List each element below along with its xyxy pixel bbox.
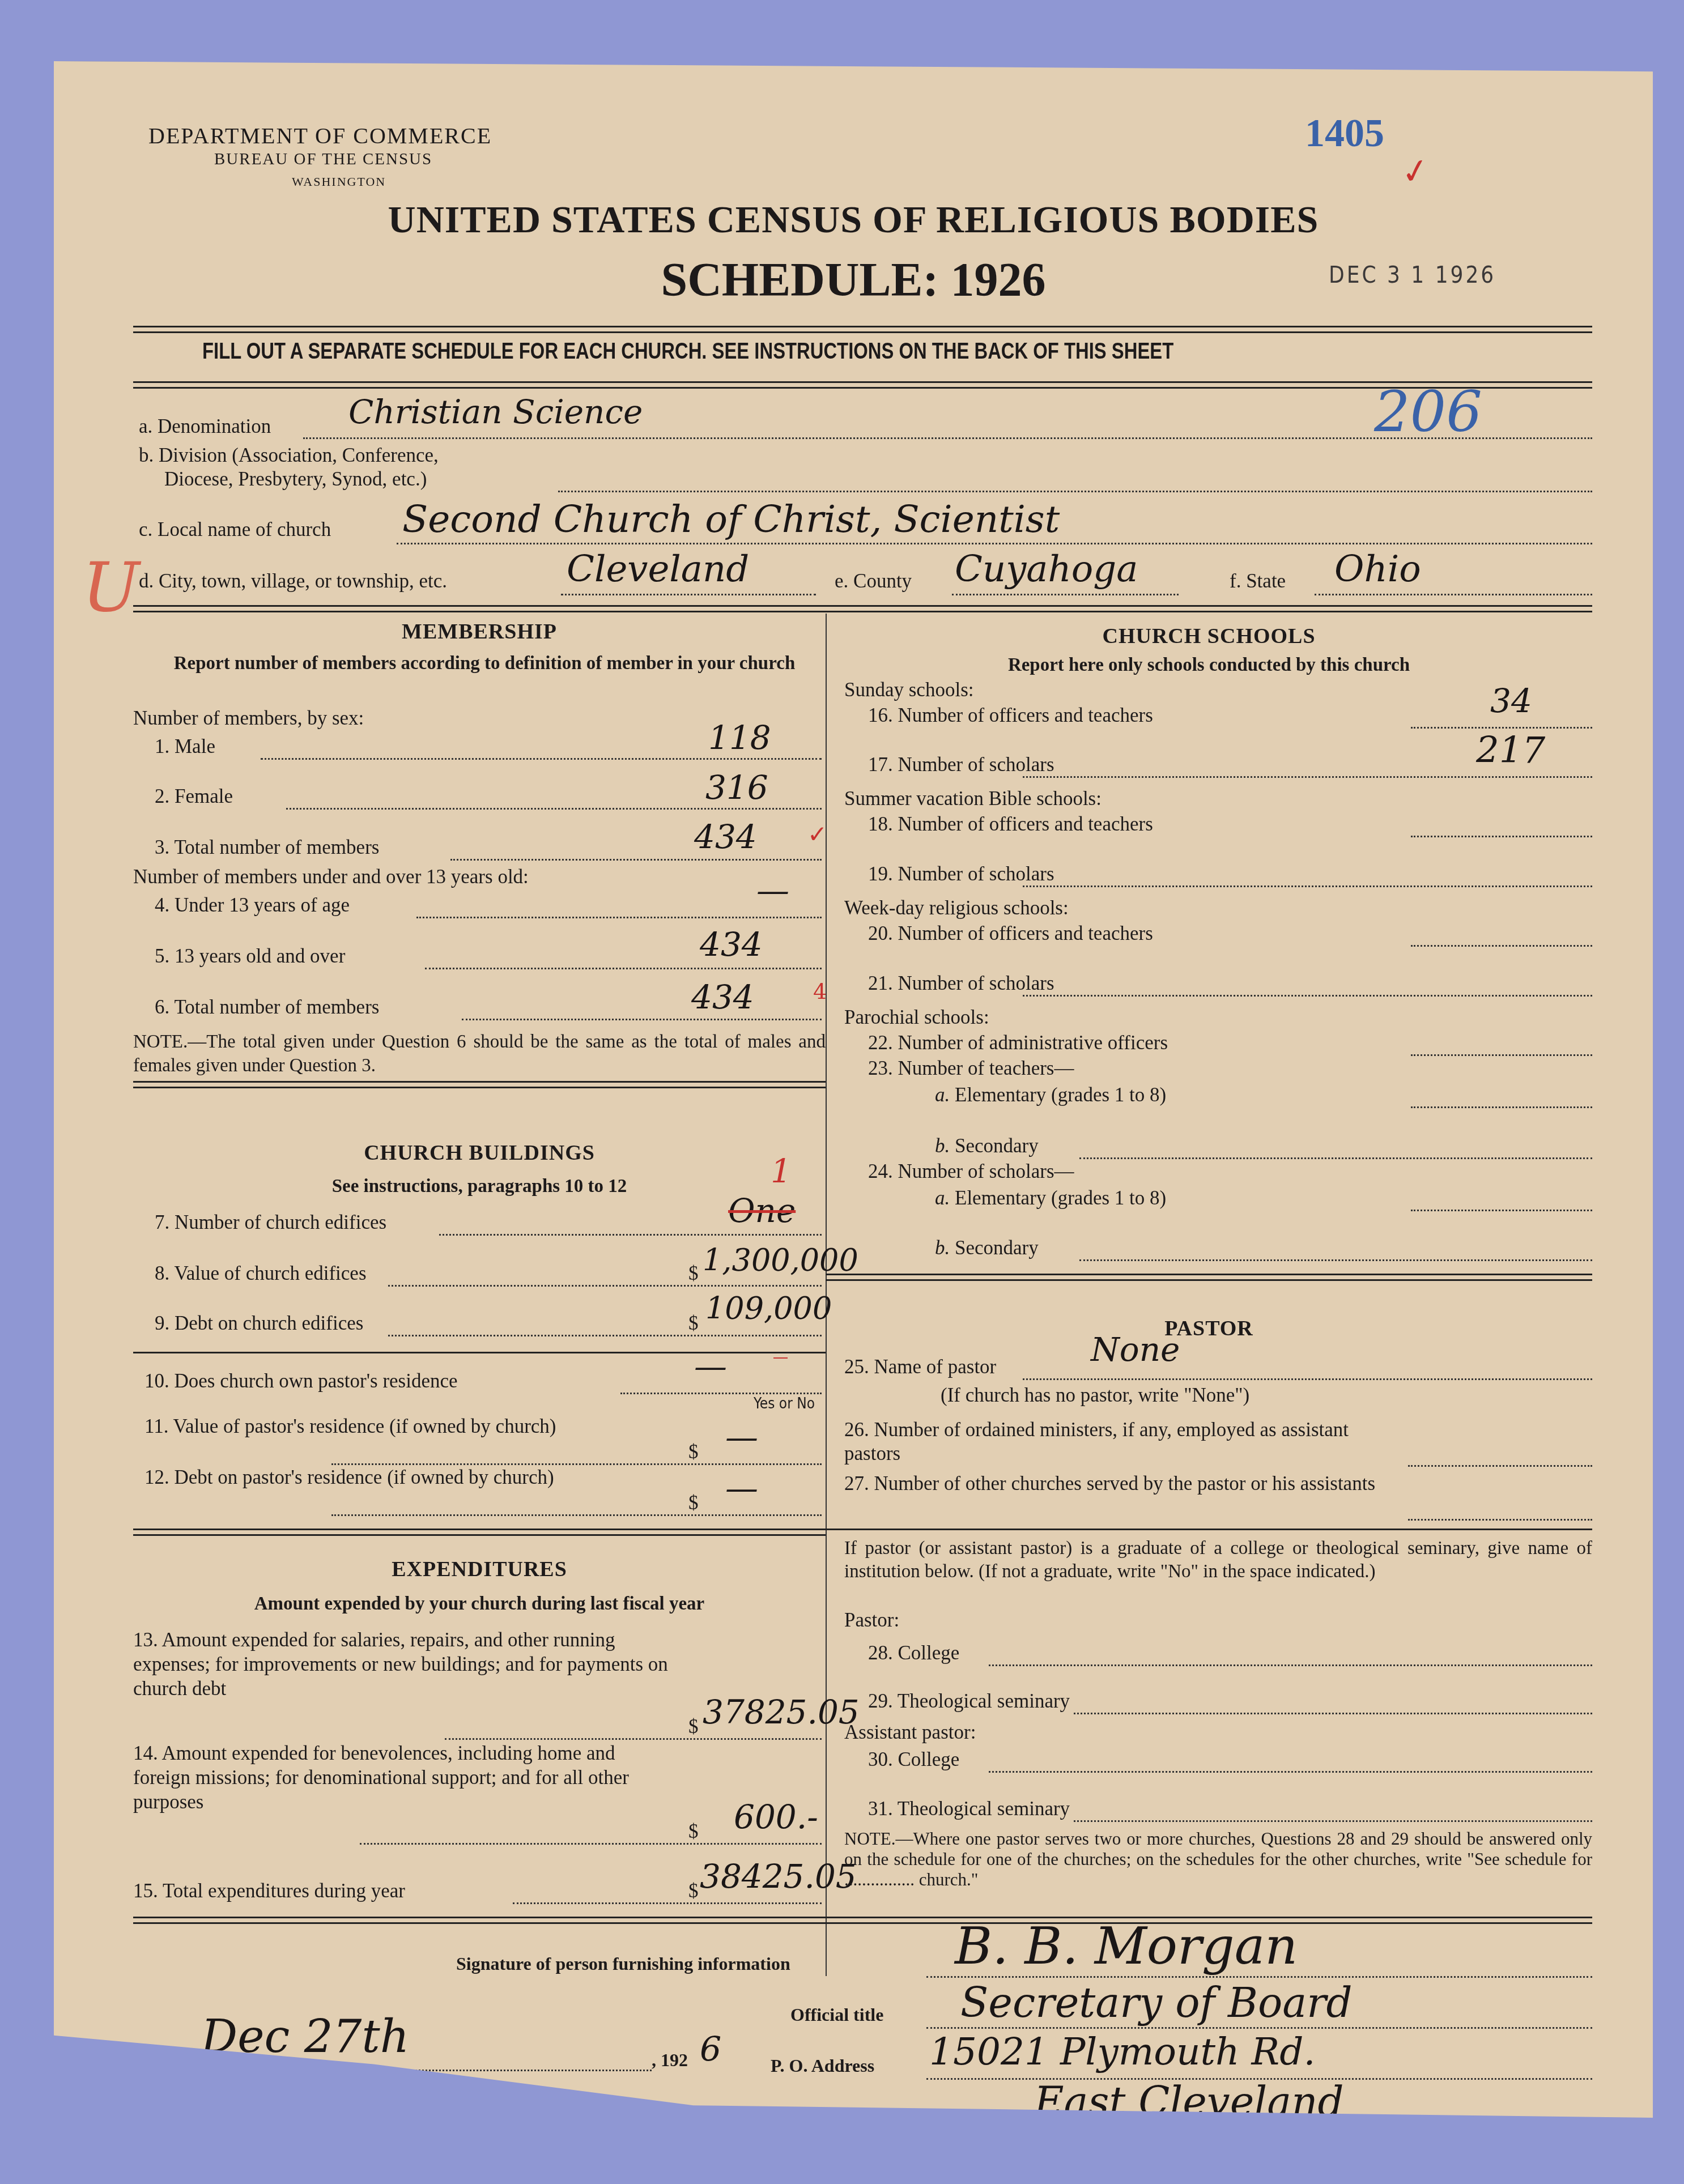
- q7-label: 7. Number of church edifices: [155, 1211, 386, 1234]
- date-value[interactable]: Dec 27th: [201, 2010, 409, 2063]
- q12-line: [331, 1514, 822, 1516]
- q25-line: [1023, 1378, 1592, 1380]
- q13-line: [445, 1738, 822, 1740]
- q23b-input[interactable]: [1079, 1157, 1592, 1159]
- buildings-heading: CHURCH BUILDINGS: [133, 1140, 826, 1165]
- q20-input[interactable]: [1411, 945, 1592, 947]
- q29-input[interactable]: [1074, 1713, 1592, 1714]
- membership-divider: [133, 1081, 826, 1083]
- header-divider: [133, 326, 1592, 327]
- q10-residence-value[interactable]: —: [694, 1347, 727, 1386]
- q16-sunday-teachers-value[interactable]: 34: [1490, 682, 1532, 720]
- q24b-input[interactable]: [1079, 1259, 1592, 1261]
- q8-line: [388, 1285, 822, 1287]
- official-title-line: [926, 2027, 1592, 2029]
- dollar-sign: $: [688, 1492, 699, 1514]
- q31-input[interactable]: [1074, 1820, 1592, 1822]
- dollar-sign: $: [688, 1441, 699, 1463]
- dollar-sign: $: [688, 1880, 699, 1902]
- department-heading: DEPARTMENT OF COMMERCE: [148, 122, 492, 149]
- q15-line: [513, 1902, 822, 1904]
- q15-label: 15. Total expenditures during year: [133, 1880, 405, 1902]
- q7-line: [439, 1234, 822, 1236]
- official-title-label: Official title: [790, 2004, 883, 2025]
- q7-edifices-value[interactable]: One: [728, 1191, 796, 1230]
- q21-input[interactable]: [1023, 995, 1592, 997]
- buildings-divider: [133, 1529, 826, 1530]
- q16-line: [1411, 727, 1592, 729]
- q9-line: [388, 1335, 822, 1336]
- assistant-education-label: Assistant pastor:: [844, 1721, 976, 1744]
- q22-label: 22. Number of administrative officers: [868, 1032, 1168, 1054]
- margin-u-mark: U: [82, 548, 139, 627]
- q27-input[interactable]: [1408, 1519, 1592, 1521]
- pastor-heading: PASTOR: [826, 1316, 1592, 1341]
- q23a-input[interactable]: [1411, 1106, 1592, 1108]
- schools-heading: CHURCH SCHOOLS: [826, 624, 1592, 649]
- schedule-number-stamp: 1405: [1305, 111, 1384, 156]
- q11-label: 11. Value of pastor's residence (if owne…: [144, 1414, 677, 1439]
- county-line: [952, 594, 1179, 595]
- official-title-value[interactable]: Secretary of Board: [960, 1979, 1353, 2027]
- dollar-sign: $: [688, 1820, 699, 1843]
- q11-residence-value[interactable]: —: [725, 1418, 758, 1457]
- q2-label: 2. Female: [155, 785, 233, 808]
- yes-no-hint: Yes or No: [754, 1395, 815, 1412]
- q29-label: 29. Theological seminary: [868, 1690, 1070, 1713]
- q25-pastor-name-value[interactable]: None: [1091, 1330, 1180, 1369]
- year-prefix: , 192: [652, 2050, 688, 2071]
- received-date-stamp: DEC 3 1 1926: [1329, 262, 1496, 288]
- print-code: 11—9054: [317, 2084, 358, 2096]
- pastor-education-label: Pastor:: [844, 1609, 899, 1632]
- date-line: [198, 2070, 652, 2071]
- q18-label: 18. Number of officers and teachers: [868, 813, 1153, 836]
- denomination-code-mark: 206: [1374, 378, 1482, 445]
- q17-sunday-scholars-value[interactable]: 217: [1476, 730, 1545, 772]
- division-label-line1: b. Division (Association, Conference,: [139, 444, 439, 467]
- dollar-sign: $: [688, 1312, 699, 1335]
- q4-label: 4. Under 13 years of age: [155, 894, 350, 917]
- signature-line: [926, 1976, 1592, 1978]
- signature-label: Signature of person furnishing informati…: [456, 1953, 790, 1974]
- q26-input[interactable]: [1408, 1465, 1592, 1467]
- q6-line: [462, 1019, 822, 1020]
- q16-label: 16. Number of officers and teachers: [868, 704, 1153, 727]
- q23a-label: a. Elementary (grades 1 to 8): [935, 1084, 1166, 1106]
- po-address-label: P. O. Address: [771, 2055, 874, 2076]
- q22-input[interactable]: [1411, 1054, 1592, 1056]
- q24a-label: a. Elementary (grades 1 to 8): [935, 1187, 1166, 1210]
- weekday-schools-label: Week-day religious schools:: [844, 897, 1069, 919]
- dollar-sign: $: [688, 1715, 699, 1738]
- q3-label: 3. Total number of members: [155, 836, 379, 859]
- schools-divider: [826, 1274, 1592, 1275]
- q9-debt-edifices[interactable]: 109,000: [705, 1291, 832, 1326]
- form-code: 8—5518 a: [187, 2078, 240, 2093]
- by-sex-label: Number of members, by sex:: [133, 707, 364, 730]
- state-label: f. State: [1230, 570, 1286, 593]
- q28-input[interactable]: [989, 1664, 1592, 1666]
- membership-subheading: Report number of members according to de…: [173, 650, 796, 676]
- q15-total-expenditures-value[interactable]: 38425.05: [700, 1857, 857, 1896]
- graduate-note: If pastor (or assistant pastor) is a gra…: [844, 1537, 1592, 1583]
- q2-female-value[interactable]: 316: [705, 768, 768, 807]
- q9-label: 9. Debt on church edifices: [155, 1312, 363, 1335]
- q28-label: 28. College: [868, 1642, 959, 1664]
- local-name-label: c. Local name of church: [139, 518, 331, 541]
- city-value[interactable]: Cleveland: [567, 548, 749, 590]
- q25-hint: (If church has no pastor, write "None"): [941, 1384, 1249, 1407]
- expenditures-subheading: Amount expended by your church during la…: [133, 1594, 826, 1615]
- q21-label: 21. Number of scholars: [868, 972, 1054, 995]
- bureau-heading: BUREAU OF THE CENSUS: [214, 150, 432, 169]
- q23-label: 23. Number of teachers—: [868, 1057, 1074, 1080]
- red-correction-mark: 4: [813, 979, 827, 1004]
- q27-label: 27. Number of other churches served by t…: [844, 1472, 1400, 1496]
- q31-label: 31. Theological seminary: [868, 1798, 1070, 1820]
- state-value[interactable]: Ohio: [1334, 548, 1421, 590]
- county-label: e. County: [835, 570, 912, 593]
- signature-value[interactable]: B. B. Morgan: [955, 1917, 1298, 1976]
- form-title: UNITED STATES CENSUS OF RELIGIOUS BODIES: [54, 197, 1653, 242]
- q14-line: [360, 1843, 822, 1845]
- division-line[interactable]: [558, 491, 1592, 492]
- q5-label: 5. 13 years old and over: [155, 945, 345, 968]
- q6-total-value[interactable]: 434: [691, 978, 754, 1016]
- q30-input[interactable]: [989, 1771, 1592, 1773]
- q5-over13-value[interactable]: 434: [700, 925, 763, 964]
- q7-correction-value: 1: [771, 1152, 792, 1190]
- dollar-sign: $: [688, 1262, 699, 1285]
- buildings-subheading: See instructions, paragraphs 10 to 12: [133, 1176, 826, 1197]
- q24b-label: b. Secondary: [935, 1237, 1039, 1259]
- q6-label: 6. Total number of members: [155, 996, 379, 1019]
- q4-under13-value[interactable]: —: [756, 871, 789, 910]
- q12-label: 12. Debt on pastor's residence (if owned…: [144, 1465, 677, 1490]
- q4-line: [416, 917, 822, 918]
- state-line: [1315, 594, 1592, 595]
- q3-total-value[interactable]: 434: [694, 818, 757, 856]
- q18-input[interactable]: [1411, 836, 1592, 837]
- q10-line: [620, 1393, 822, 1394]
- parochial-schools-label: Parochial schools:: [844, 1006, 989, 1029]
- expenditures-divider: [133, 1917, 1592, 1918]
- census-schedule-sheet: DEPARTMENT OF COMMERCE BUREAU OF THE CEN…: [54, 61, 1653, 2118]
- red-check-mark-icon: ✓: [1398, 150, 1433, 194]
- q5-line: [425, 968, 822, 969]
- county-value[interactable]: Cuyahoga: [955, 548, 1138, 590]
- q8-label: 8. Value of church edifices: [155, 1262, 367, 1285]
- q14-label: 14. Amount expended for benevolences, in…: [133, 1741, 677, 1814]
- q13-running-expenses-value[interactable]: 37825.05: [703, 1693, 860, 1731]
- po-address-value[interactable]: 15021 Plymouth Rd.: [929, 2030, 1316, 2074]
- q2-line: [286, 808, 822, 810]
- expenditures-heading: EXPENDITURES: [133, 1557, 826, 1582]
- q19-input[interactable]: [1023, 885, 1592, 887]
- q25-label: 25. Name of pastor: [844, 1356, 996, 1378]
- date-label: Date: [142, 2047, 178, 2068]
- city-line: [561, 594, 816, 595]
- pastor-divider: [826, 1529, 1592, 1530]
- q17-label: 17. Number of scholars: [868, 753, 1054, 776]
- q1-male-value[interactable]: 118: [708, 718, 771, 757]
- year-digit-value[interactable]: 6: [700, 2030, 721, 2070]
- city-label: d. City, town, village, or township, etc…: [139, 570, 447, 593]
- q10-label: 10. Does church own pastor's residence: [144, 1370, 458, 1393]
- q8-value-edifices[interactable]: 1,300,000: [703, 1242, 858, 1278]
- local-name-line: [397, 543, 1592, 544]
- city-heading: WASHINGTON: [292, 174, 386, 189]
- red-check-mark-icon: ✓: [807, 820, 827, 848]
- division-label-line2: Diocese, Presbytery, Synod, etc.): [164, 468, 427, 491]
- denomination-value[interactable]: Christian Science: [348, 393, 643, 431]
- red-dash-mark: ‾: [773, 1353, 788, 1386]
- q3-line: [450, 859, 822, 861]
- pastor-note: NOTE.—Where one pastor serves two or mor…: [844, 1829, 1592, 1890]
- banner-divider: [133, 381, 1592, 383]
- local-name-value[interactable]: Second Church of Christ, Scientist: [402, 497, 1060, 541]
- q17-line: [1023, 776, 1592, 778]
- q12-residence-debt-value[interactable]: —: [725, 1469, 758, 1508]
- membership-note: NOTE.—The total given under Question 6 s…: [133, 1030, 826, 1078]
- q24a-input[interactable]: [1411, 1210, 1592, 1211]
- q1-label: 1. Male: [155, 735, 215, 758]
- identification-divider: [133, 605, 1592, 607]
- q23b-label: b. Secondary: [935, 1135, 1039, 1157]
- q14-benevolences-value[interactable]: 600.-: [734, 1798, 818, 1836]
- summer-schools-label: Summer vacation Bible schools:: [844, 787, 1102, 810]
- q30-label: 30. College: [868, 1748, 959, 1771]
- q20-label: 20. Number of officers and teachers: [868, 922, 1153, 945]
- instruction-banner: FILL OUT A SEPARATE SCHEDULE FOR EACH CH…: [202, 339, 1173, 364]
- by-age-label: Number of members under and over 13 year…: [133, 866, 529, 888]
- q1-line: [261, 758, 822, 760]
- sunday-schools-label: Sunday schools:: [844, 679, 973, 701]
- po-address-city-value[interactable]: East Cleveland: [1034, 2078, 1344, 2126]
- q24-label: 24. Number of scholars—: [868, 1160, 1074, 1183]
- q26-label: 26. Number of ordained ministers, if any…: [844, 1418, 1400, 1466]
- schools-subheading: Report here only schools conducted by th…: [826, 655, 1592, 676]
- q19-label: 19. Number of scholars: [868, 863, 1054, 885]
- membership-heading: MEMBERSHIP: [133, 619, 826, 644]
- q13-label: 13. Amount expended for salaries, repair…: [133, 1628, 677, 1701]
- denomination-label: a. Denomination: [139, 415, 271, 438]
